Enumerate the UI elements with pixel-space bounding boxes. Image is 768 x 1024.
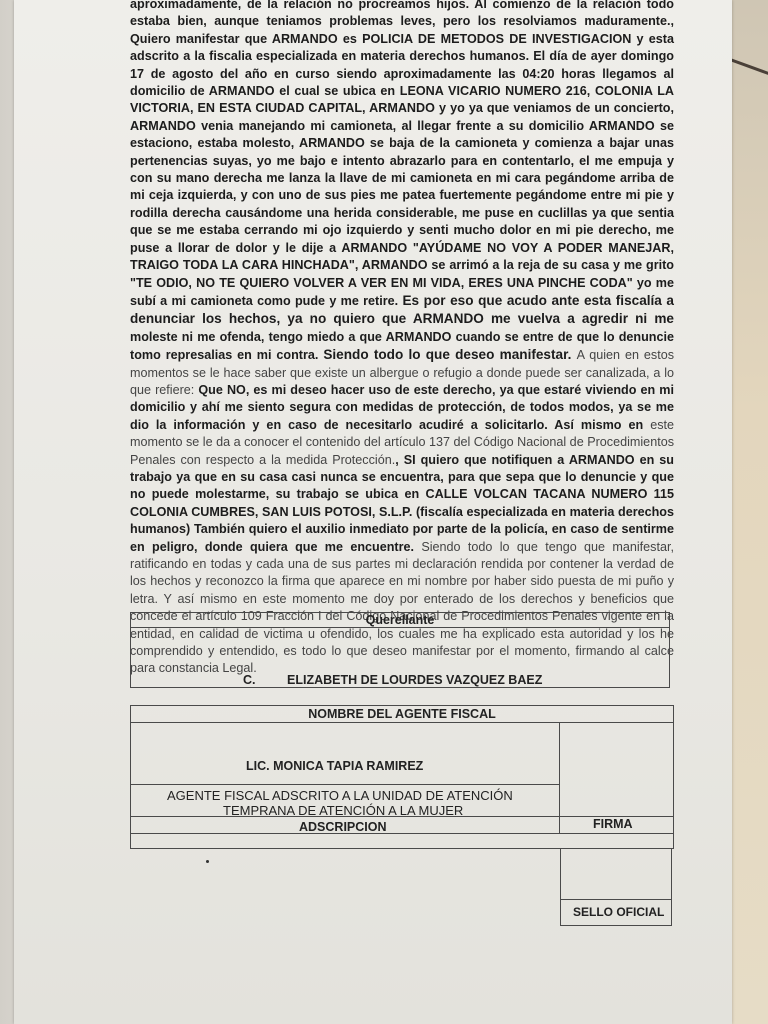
text-run: , SI quiero que notifiquen a ARMANDO en … <box>130 453 674 554</box>
adscripcion-line-1: AGENTE FISCAL ADSCRITO A LA UNIDAD DE AT… <box>167 788 513 803</box>
querellante-header: Querellante <box>131 613 669 628</box>
ink-mark <box>206 860 209 863</box>
querellante-box: Querellante C. ELIZABETH DE LOURDES VAZQ… <box>130 612 670 688</box>
document-page: aproximadamente, de la relación no procr… <box>14 0 732 1024</box>
declaration-body: aproximadamente, de la relación no procr… <box>130 0 674 678</box>
agente-fiscal-box: NOMBRE DEL AGENTE FISCAL LIC. MONICA TAP… <box>130 705 674 849</box>
sello-oficial-label: SELLO OFICIAL <box>573 905 664 919</box>
querellante-prefix: C. <box>243 673 256 687</box>
text-run: aproximadamente, de la relación no procr… <box>130 0 674 308</box>
text-run: Siendo todo lo que deseo manifestar. <box>323 347 576 362</box>
agente-name: LIC. MONICA TAPIA RAMIREZ <box>246 759 423 773</box>
adscripcion-label: ADSCRIPCION <box>299 820 387 834</box>
agente-header: NOMBRE DEL AGENTE FISCAL <box>131 706 673 723</box>
text-run: Que NO, es mi deseo hacer uso de este de… <box>130 383 674 432</box>
divider <box>131 784 559 785</box>
divider <box>131 833 673 834</box>
sello-oficial-box: SELLO OFICIAL <box>560 848 672 926</box>
divider <box>561 899 671 900</box>
querellante-name: ELIZABETH DE LOURDES VAZQUEZ BAEZ <box>287 673 542 687</box>
adscripcion-line-2: TEMPRANA DE ATENCIÓN A LA MUJER <box>223 803 463 818</box>
firma-label: FIRMA <box>593 817 633 831</box>
